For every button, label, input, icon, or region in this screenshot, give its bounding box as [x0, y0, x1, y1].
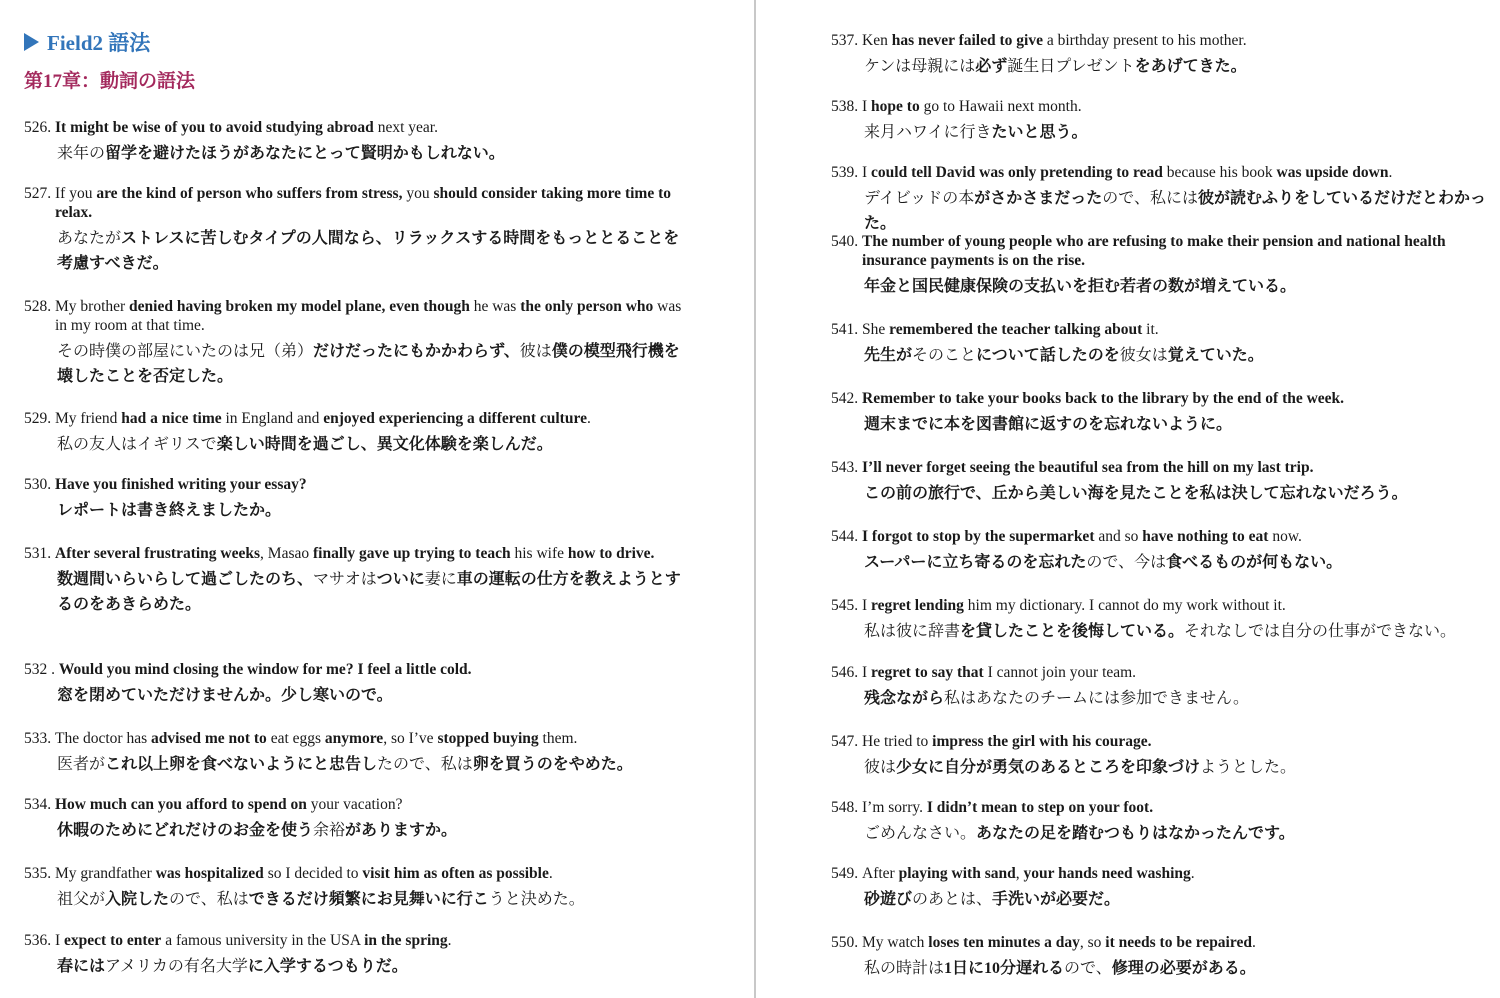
sentence-item: 546. I regret to say that I cannot join …: [831, 663, 1491, 711]
japanese-translation: 私は彼に辞書を貸したことを後悔している。それなしでは自分の仕事ができない。: [831, 619, 1491, 644]
left-page: Field2 語法 第17章：動詞の語法 526. It might be wi…: [0, 0, 754, 998]
bold-phrase: in the spring: [364, 932, 448, 949]
plain-text: 祖父が: [57, 891, 105, 908]
plain-text: 医者が: [57, 756, 105, 773]
english-sentence: 544. I forgot to stop by the supermarket…: [831, 527, 1491, 546]
bold-phrase: について話したのを: [976, 347, 1120, 364]
bold-phrase: remembered the teacher talking about: [889, 321, 1142, 338]
plain-text: a birthday present to his mother.: [1043, 32, 1247, 49]
item-number: 532 .: [24, 660, 59, 679]
bold-phrase: are the kind of person who suffers from …: [96, 185, 402, 202]
bold-phrase: 楽しい時間を過ごし、異文化体験を楽しんだ。: [217, 436, 553, 453]
plain-text: I’m sorry.: [862, 799, 927, 816]
bold-phrase: visit him as often as possible: [362, 865, 548, 882]
bold-phrase: Have you finished writing your essay?: [55, 476, 307, 493]
bold-phrase: 春には: [57, 958, 105, 975]
english-text: I could tell David was only pretending t…: [862, 163, 1491, 182]
english-text: He tried to impress the girl with his co…: [862, 732, 1491, 751]
item-number: 530.: [24, 475, 55, 494]
bold-phrase: enjoyed experiencing a different culture: [323, 410, 587, 427]
bold-phrase: 留学を避けたほうがあなたにとって賢明かもしれない。: [105, 145, 505, 162]
plain-text: his wife: [511, 545, 568, 562]
bold-phrase: your hands need washing: [1024, 865, 1191, 882]
japanese-translation: 医者がこれ以上卵を食べないようにと忠告したので、私は卵を買うのをやめた。: [24, 752, 684, 777]
sentence-item: 535. My grandfather was hospitalized so …: [24, 864, 684, 912]
bold-phrase: を貸したことを後悔している。: [960, 623, 1184, 640]
plain-text: ごめんなさい。: [864, 825, 976, 842]
item-number: 542.: [831, 389, 862, 408]
japanese-translation: 残念ながら私はあなたのチームには参加できません。: [831, 686, 1491, 711]
sentence-item: 536. I expect to enter a famous universi…: [24, 931, 684, 979]
plain-text: After: [862, 865, 899, 882]
japanese-translation: 祖父が入院したので、私はできるだけ頻繁にお見舞いに行こうと決めた。: [24, 887, 684, 912]
bold-phrase: あなたの足を踏むつもりはなかったんです。: [976, 825, 1295, 842]
plain-text: ので、: [1064, 960, 1112, 977]
plain-text: ので、私は: [169, 891, 249, 908]
sentence-item: 541. She remembered the teacher talking …: [831, 320, 1491, 368]
japanese-translation: この前の旅行で、丘から美しい海を見たことを私は決して忘れないだろう。: [831, 481, 1491, 506]
plain-text: Ken: [862, 32, 892, 49]
plain-text: in England and: [222, 410, 324, 427]
plain-text: .: [1252, 934, 1256, 951]
plain-text: 来年の: [57, 145, 105, 162]
english-text: After several frustrating weeks, Masao f…: [55, 544, 684, 563]
english-sentence: 549. After playing with sand, your hands…: [831, 864, 1491, 883]
plain-text: My watch: [862, 934, 928, 951]
item-number: 534.: [24, 795, 55, 814]
english-sentence: 532 . Would you mind closing the window …: [24, 660, 684, 679]
bold-phrase: 砂遊び: [864, 891, 912, 908]
plain-text: 私はあなたのチームには参加できません。: [944, 690, 1249, 707]
bold-phrase: it needs to be repaired: [1105, 934, 1252, 951]
plain-text: next year.: [374, 119, 438, 136]
bold-phrase: hope to: [871, 98, 920, 115]
english-sentence: 534. How much can you afford to spend on…: [24, 795, 684, 814]
item-number: 527.: [24, 184, 55, 222]
english-text: My watch loses ten minutes a day, so it …: [862, 933, 1491, 952]
english-sentence: 550. My watch loses ten minutes a day, s…: [831, 933, 1491, 952]
bold-phrase: anymore: [325, 730, 383, 747]
english-sentence: 529. My friend had a nice time in Englan…: [24, 409, 684, 428]
bold-phrase: regret lending: [871, 597, 964, 614]
japanese-translation: 先生がそのことについて話したのを彼女は覚えていた。: [831, 343, 1491, 368]
bold-phrase: をあげてきた。: [1135, 58, 1247, 75]
sentence-item: 539. I could tell David was only pretend…: [831, 163, 1491, 236]
triangle-bullet-icon: [24, 33, 39, 51]
plain-text: ケンは母親には: [864, 58, 975, 75]
bold-phrase: I forgot to stop by the supermarket: [862, 528, 1094, 545]
plain-text: それなしでは自分の仕事ができない。: [1184, 623, 1456, 640]
plain-text: ので、今は: [1086, 554, 1166, 571]
plain-text: your vacation?: [307, 796, 403, 813]
bold-phrase: has never failed to give: [892, 32, 1043, 49]
english-text: The number of young people who are refus…: [862, 232, 1491, 270]
plain-text: it.: [1142, 321, 1158, 338]
plain-text: ,: [1016, 865, 1024, 882]
english-text: My brother denied having broken my model…: [55, 297, 684, 335]
japanese-translation: デイビッドの本がさかさまだったので、私には彼が読むふりをしているだけだとわかった…: [831, 186, 1491, 236]
sentence-item: 528. My brother denied having broken my …: [24, 297, 684, 389]
english-text: Have you finished writing your essay?: [55, 475, 684, 494]
bold-phrase: ついに: [377, 571, 425, 588]
english-sentence: 537. Ken has never failed to give a birt…: [831, 31, 1491, 50]
bold-phrase: 休暇のためにどれだけのお金を使う: [57, 822, 313, 839]
plain-text: , Masao: [260, 545, 313, 562]
english-sentence: 531. After several frustrating weeks, Ma…: [24, 544, 684, 563]
sentence-item: 548. I’m sorry. I didn’t mean to step on…: [831, 798, 1491, 846]
sentence-item: 550. My watch loses ten minutes a day, s…: [831, 933, 1491, 981]
plain-text: He tried to: [862, 733, 932, 750]
japanese-translation: 砂遊びのあとは、手洗いが必要だ。: [831, 887, 1491, 912]
bold-phrase: 残念ながら: [864, 690, 944, 707]
plain-text: 彼女は: [1120, 347, 1168, 364]
english-text: I expect to enter a famous university in…: [55, 931, 684, 950]
english-text: I hope to go to Hawaii next month.: [862, 97, 1491, 116]
sentence-item: 542. Remember to take your books back to…: [831, 389, 1491, 437]
english-sentence: 530. Have you finished writing your essa…: [24, 475, 684, 494]
plain-text: のあとは、: [912, 891, 992, 908]
plain-text: その時僕の部屋にいたのは兄（弟）: [57, 343, 313, 360]
item-number: 526.: [24, 118, 55, 137]
plain-text: I: [862, 98, 871, 115]
bold-phrase: 手洗いが必要だ。: [992, 891, 1120, 908]
plain-text: 誕生日プレゼント: [1007, 58, 1134, 75]
japanese-translation: 私の時計は1日に10分遅れるので、修理の必要がある。: [831, 956, 1491, 981]
item-number: 545.: [831, 596, 862, 615]
bold-phrase: 週末までに本を図書館に返すのを忘れないように。: [864, 416, 1232, 433]
japanese-translation: 彼は少女に自分が勇気のあるところを印象づけようとした。: [831, 755, 1491, 780]
plain-text: I: [862, 597, 871, 614]
item-number: 546.: [831, 663, 862, 682]
bold-phrase: 覚えていた。: [1168, 347, 1264, 364]
english-sentence: 533. The doctor has advised me not to ea…: [24, 729, 684, 748]
bold-phrase: How much can you afford to spend on: [55, 796, 307, 813]
english-text: I regret to say that I cannot join your …: [862, 663, 1491, 682]
plain-text: eat eggs: [267, 730, 325, 747]
bold-phrase: 入院した: [105, 891, 169, 908]
english-text: My friend had a nice time in England and…: [55, 409, 684, 428]
english-text: If you are the kind of person who suffer…: [55, 184, 684, 222]
bold-phrase: was upside down: [1277, 164, 1389, 181]
plain-text: She: [862, 321, 889, 338]
plain-text: 彼は: [864, 759, 896, 776]
bold-phrase: The number of young people who are refus…: [862, 233, 1446, 269]
bold-phrase: I’ll never forget seeing the beautiful s…: [862, 459, 1313, 476]
plain-text: go to Hawaii next month.: [920, 98, 1082, 115]
english-sentence: 545. I regret lending him my dictionary.…: [831, 596, 1491, 615]
bold-phrase: 少女に自分が勇気のあるところを印象づけ: [896, 759, 1200, 776]
english-sentence: 526. It might be wise of you to avoid st…: [24, 118, 684, 137]
sentence-item: 538. I hope to go to Hawaii next month.来…: [831, 97, 1491, 145]
plain-text: マサオは: [313, 571, 377, 588]
japanese-translation: 年金と国民健康保険の支払いを拒む若者の数が増えている。: [831, 274, 1491, 299]
plain-text: he was: [470, 298, 520, 315]
bold-phrase: 必ず: [975, 58, 1007, 75]
sentence-item: 526. It might be wise of you to avoid st…: [24, 118, 684, 166]
english-sentence: 539. I could tell David was only pretend…: [831, 163, 1491, 182]
bold-phrase: have nothing to eat: [1142, 528, 1268, 545]
bold-phrase: I didn’t mean to step on your foot.: [927, 799, 1153, 816]
english-sentence: 541. She remembered the teacher talking …: [831, 320, 1491, 339]
sentence-item: 545. I regret lending him my dictionary.…: [831, 596, 1491, 644]
english-text: Remember to take your books back to the …: [862, 389, 1491, 408]
bold-phrase: 修理の必要がある。: [1112, 960, 1256, 977]
plain-text: and so: [1094, 528, 1142, 545]
plain-text: you: [402, 185, 433, 202]
sentence-item: 549. After playing with sand, your hands…: [831, 864, 1491, 912]
japanese-translation: 来月ハワイに行きたいと思う。: [831, 120, 1491, 145]
bold-phrase: スーパーに立ち寄るのを忘れた: [864, 554, 1086, 571]
english-sentence: 540. The number of young people who are …: [831, 232, 1491, 270]
bold-phrase: Would you mind closing the window for me…: [59, 661, 472, 678]
bold-phrase: was hospitalized: [156, 865, 264, 882]
bold-phrase: ストレスに苦しむタイプの人間なら、リラックスする時間をもっととること: [121, 230, 663, 247]
item-number: 533.: [24, 729, 55, 748]
sentence-item: 540. The number of young people who are …: [831, 232, 1491, 299]
bold-phrase: After several frustrating weeks: [55, 545, 260, 562]
item-number: 528.: [24, 297, 55, 335]
bold-phrase: denied having broken my model plane, eve…: [129, 298, 470, 315]
bold-phrase: Remember to take your books back to the …: [862, 390, 1344, 407]
plain-text: so I decided to: [264, 865, 363, 882]
plain-text: .: [587, 410, 591, 427]
plain-text: 来月ハワイに行き: [864, 124, 992, 141]
english-sentence: 538. I hope to go to Hawaii next month.: [831, 97, 1491, 116]
japanese-translation: スーパーに立ち寄るのを忘れたので、今は食べるものが何もない。: [831, 550, 1491, 575]
plain-text: My grandfather: [55, 865, 156, 882]
plain-text: I: [862, 164, 871, 181]
item-number: 538.: [831, 97, 862, 116]
plain-text: 彼は: [520, 343, 552, 360]
field-heading: Field2 語法: [24, 27, 150, 57]
plain-text: I cannot join your team.: [984, 664, 1136, 681]
item-number: 540.: [831, 232, 862, 270]
japanese-translation: 数週間いらいらして過ごしたのち、マサオはついに妻に車の運転の仕方を教えようとする…: [24, 567, 684, 617]
bold-phrase: 卵を買うのをやめた。: [473, 756, 633, 773]
bold-phrase: It might be wise of you to avoid studyin…: [55, 119, 374, 136]
english-text: She remembered the teacher talking about…: [862, 320, 1491, 339]
english-sentence: 546. I regret to say that I cannot join …: [831, 663, 1491, 682]
item-number: 549.: [831, 864, 862, 883]
bold-phrase: 年金と国民健康保険の支払いを拒む若者の数が増えている。: [864, 278, 1296, 295]
english-sentence: 528. My brother denied having broken my …: [24, 297, 684, 335]
bold-phrase: この前の旅行で、丘から美しい海を見たことを私は決して忘れないだろう。: [864, 485, 1408, 502]
item-number: 537.: [831, 31, 862, 50]
japanese-translation: 私の友人はイギリスで楽しい時間を過ごし、異文化体験を楽しんだ。: [24, 432, 684, 457]
japanese-translation: あなたがストレスに苦しむタイプの人間なら、リラックスする時間をもっととることを考…: [24, 226, 684, 276]
bold-phrase: had a nice time: [121, 410, 221, 427]
item-number: 531.: [24, 544, 55, 563]
sentence-item: 530. Have you finished writing your essa…: [24, 475, 684, 523]
english-sentence: 548. I’m sorry. I didn’t mean to step on…: [831, 798, 1491, 817]
sentence-item: 543. I’ll never forget seeing the beauti…: [831, 458, 1491, 506]
japanese-translation: 休暇のためにどれだけのお金を使う余裕がありますか。: [24, 818, 684, 843]
english-sentence: 543. I’ll never forget seeing the beauti…: [831, 458, 1491, 477]
english-text: I forgot to stop by the supermarket and …: [862, 527, 1491, 546]
bold-phrase: finally gave up trying to teach: [313, 545, 511, 562]
plain-text: My friend: [55, 410, 121, 427]
bold-phrase: advised me not to: [151, 730, 267, 747]
plain-text: , so: [1080, 934, 1105, 951]
plain-text: because his book: [1163, 164, 1277, 181]
bold-phrase: これ以上卵を食べないようにと忠告し: [105, 756, 377, 773]
japanese-translation: 週末までに本を図書館に返すのを忘れないように。: [831, 412, 1491, 437]
bold-phrase: regret to say that: [871, 664, 984, 681]
bold-phrase: 食べるものが何もない。: [1166, 554, 1342, 571]
english-sentence: 547. He tried to impress the girl with h…: [831, 732, 1491, 751]
sentence-item: 544. I forgot to stop by the supermarket…: [831, 527, 1491, 575]
plain-text: a famous university in the USA: [161, 932, 364, 949]
plain-text: .: [1389, 164, 1393, 181]
bold-phrase: stopped buying: [437, 730, 538, 747]
plain-text: I: [862, 664, 871, 681]
japanese-translation: ケンは母親には必ず誕生日プレゼントをあげてきた。: [831, 54, 1491, 79]
bold-phrase: loses ten minutes a day: [928, 934, 1080, 951]
english-text: My grandfather was hospitalized so I dec…: [55, 864, 684, 883]
plain-text: そのこと: [912, 347, 976, 364]
plain-text: たので、私は: [377, 756, 473, 773]
bold-phrase: たいと思う。: [992, 124, 1088, 141]
japanese-translation: ごめんなさい。あなたの足を踏むつもりはなかったんです。: [831, 821, 1491, 846]
plain-text: them.: [539, 730, 578, 747]
plain-text: I: [55, 932, 64, 949]
bold-phrase: に入学するつもりだ。: [248, 958, 408, 975]
sentence-item: 533. The doctor has advised me not to ea…: [24, 729, 684, 777]
plain-text: him my dictionary. I cannot do my work w…: [964, 597, 1286, 614]
plain-text: .: [1191, 865, 1195, 882]
plain-text: ので、私には: [1102, 190, 1198, 207]
plain-text: If you: [55, 185, 96, 202]
japanese-translation: その時僕の部屋にいたのは兄（弟）だけだったにもかかわらず、彼は僕の模型飛行機を壊…: [24, 339, 684, 389]
plain-text: 私は彼に辞書: [864, 623, 960, 640]
plain-text: うと決めた。: [489, 891, 585, 908]
bold-phrase: the only person who: [520, 298, 653, 315]
bold-phrase: がありますか。: [345, 822, 457, 839]
english-sentence: 536. I expect to enter a famous universi…: [24, 931, 684, 950]
plain-text: , so I’ve: [383, 730, 437, 747]
sentence-item: 532 . Would you mind closing the window …: [24, 660, 684, 708]
field-heading-text: Field2 語法: [47, 27, 150, 57]
english-sentence: 527. If you are the kind of person who s…: [24, 184, 684, 222]
sentence-item: 534. How much can you afford to spend on…: [24, 795, 684, 843]
english-text: Ken has never failed to give a birthday …: [862, 31, 1491, 50]
bold-phrase: impress the girl with his courage.: [932, 733, 1151, 750]
english-text: It might be wise of you to avoid studyin…: [55, 118, 684, 137]
bold-phrase: できるだけ頻繁にお見舞いに行こ: [249, 891, 489, 908]
bold-phrase: how to drive.: [568, 545, 655, 562]
plain-text: デイビッドの本: [864, 190, 974, 207]
item-number: 541.: [831, 320, 862, 339]
item-number: 539.: [831, 163, 862, 182]
bold-phrase: 1日に10分遅れる: [944, 960, 1064, 977]
english-text: I’m sorry. I didn’t mean to step on your…: [862, 798, 1491, 817]
bold-phrase: could tell David was only pretending to …: [871, 164, 1163, 181]
item-number: 550.: [831, 933, 862, 952]
plain-text: 私の時計は: [864, 960, 944, 977]
bold-phrase: expect to enter: [64, 932, 161, 949]
english-text: I regret lending him my dictionary. I ca…: [862, 596, 1491, 615]
english-sentence: 542. Remember to take your books back to…: [831, 389, 1491, 408]
plain-text: アメリカの有名大学: [105, 958, 248, 975]
plain-text: The doctor has: [55, 730, 151, 747]
item-number: 536.: [24, 931, 55, 950]
plain-text: ようとした。: [1200, 759, 1296, 776]
page-divider: [754, 0, 756, 998]
english-text: How much can you afford to spend on your…: [55, 795, 684, 814]
chapter-heading: 第17章：動詞の語法: [24, 66, 195, 93]
japanese-translation: レポートは書き終えましたか。: [24, 498, 684, 523]
item-number: 535.: [24, 864, 55, 883]
english-text: The doctor has advised me not to eat egg…: [55, 729, 684, 748]
sentence-item: 547. He tried to impress the girl with h…: [831, 732, 1491, 780]
bold-phrase: レポートは書き終えましたか。: [57, 502, 281, 519]
bold-phrase: 窓を閉めていただけませんか。少し寒いので。: [57, 687, 393, 704]
plain-text: 私の友人はイギリスで: [57, 436, 217, 453]
sentence-item: 537. Ken has never failed to give a birt…: [831, 31, 1491, 79]
bold-phrase: だけだったにもかかわらず、: [313, 343, 520, 360]
plain-text: .: [549, 865, 553, 882]
item-number: 547.: [831, 732, 862, 751]
plain-text: My brother: [55, 298, 129, 315]
item-number: 543.: [831, 458, 862, 477]
plain-text: now.: [1268, 528, 1301, 545]
item-number: 548.: [831, 798, 862, 817]
japanese-translation: 窓を閉めていただけませんか。少し寒いので。: [24, 683, 684, 708]
bold-phrase: playing with sand: [899, 865, 1016, 882]
item-number: 529.: [24, 409, 55, 428]
bold-phrase: 数週間いらいらして過ごしたのち、: [57, 571, 313, 588]
plain-text: 余裕: [313, 822, 345, 839]
sentence-item: 527. If you are the kind of person who s…: [24, 184, 684, 276]
bold-phrase: がさかさまだった: [974, 190, 1102, 207]
plain-text: あなたが: [57, 230, 121, 247]
english-text: After playing with sand, your hands need…: [862, 864, 1491, 883]
english-text: I’ll never forget seeing the beautiful s…: [862, 458, 1491, 477]
bold-phrase: 先生が: [864, 347, 912, 364]
plain-text: .: [448, 932, 452, 949]
sentence-item: 529. My friend had a nice time in Englan…: [24, 409, 684, 457]
japanese-translation: 春にはアメリカの有名大学に入学するつもりだ。: [24, 954, 684, 979]
item-number: 544.: [831, 527, 862, 546]
plain-text: 妻に: [425, 571, 457, 588]
sentence-item: 531. After several frustrating weeks, Ma…: [24, 544, 684, 617]
japanese-translation: 来年の留学を避けたほうがあなたにとって賢明かもしれない。: [24, 141, 684, 166]
english-sentence: 535. My grandfather was hospitalized so …: [24, 864, 684, 883]
english-text: Would you mind closing the window for me…: [59, 660, 684, 679]
